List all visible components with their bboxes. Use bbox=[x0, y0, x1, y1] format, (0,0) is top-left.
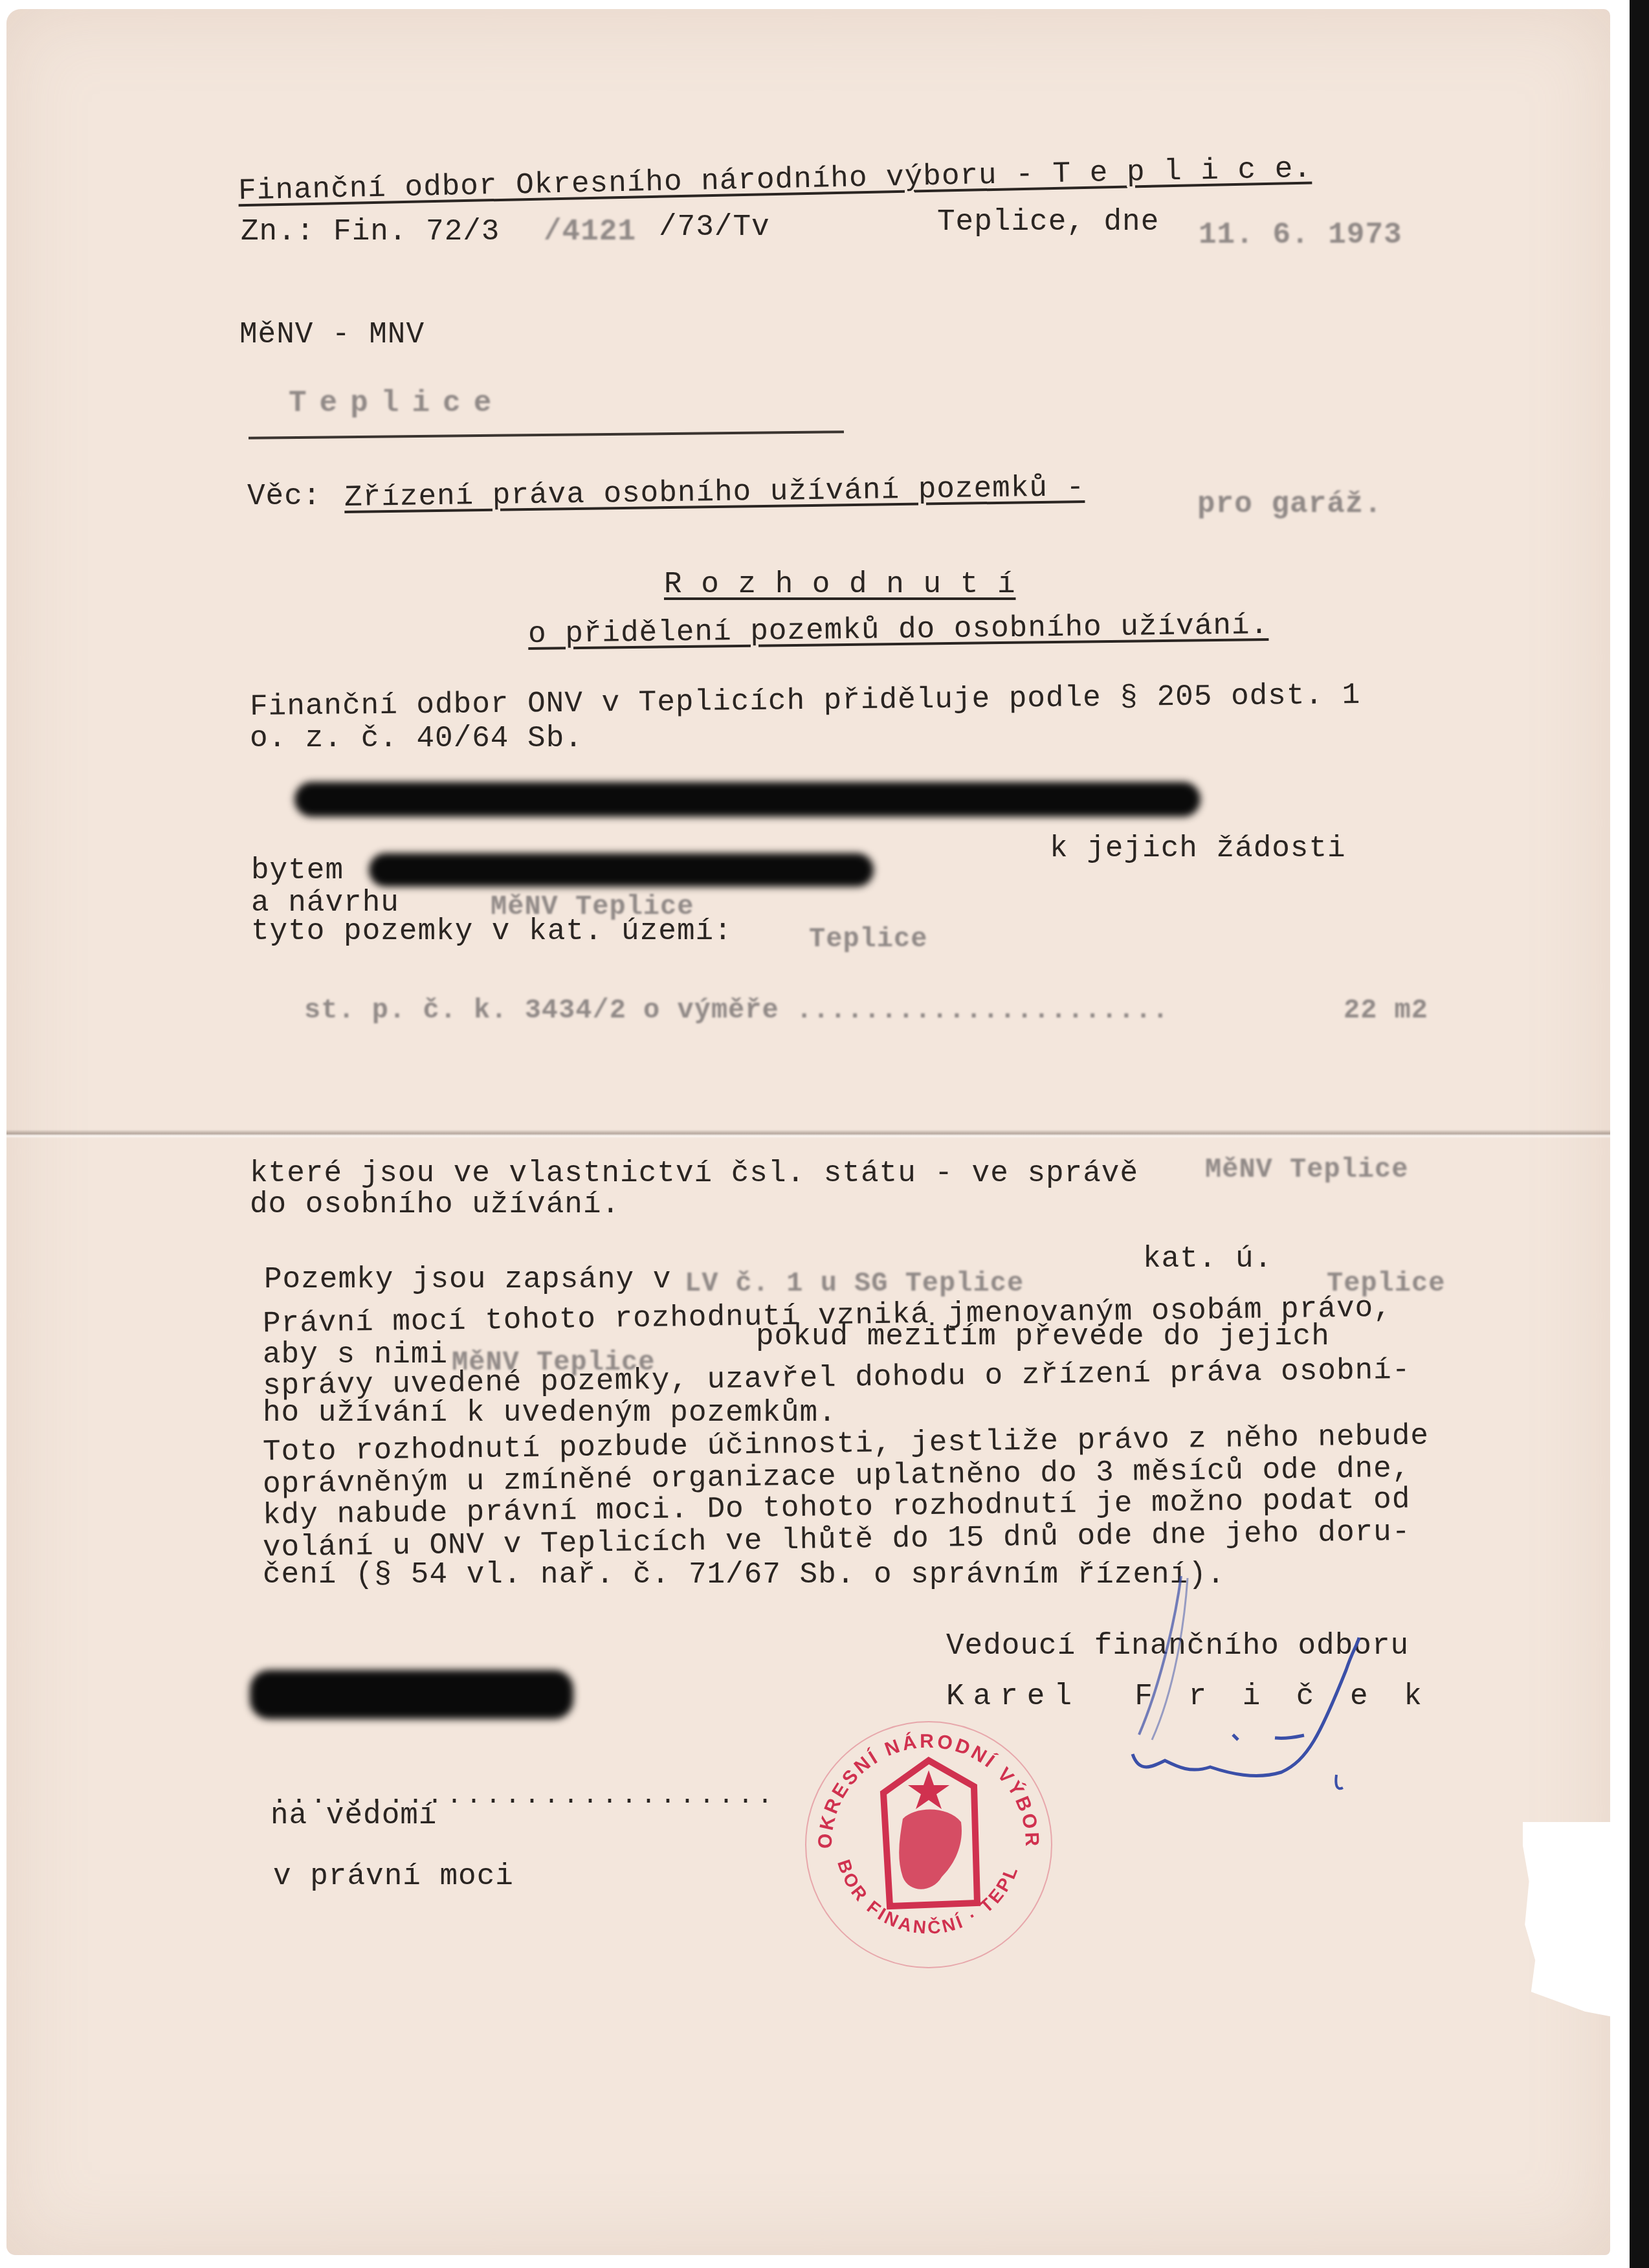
land-label: tyto pozemky v kat. území: bbox=[251, 917, 733, 946]
handwritten-signature bbox=[1113, 1573, 1385, 1793]
subject-filled: pro garáž. bbox=[1197, 489, 1382, 519]
reference-number: /4121 bbox=[544, 217, 636, 247]
decision-subtitle: o přidělení pozemků do osobního užívání. bbox=[528, 610, 1269, 649]
reference-label: Zn.: Fin. 72/3 bbox=[241, 217, 500, 247]
document-date: 11. 6. 1973 bbox=[1199, 220, 1402, 250]
registered-filled: LV č. 1 u SG Teplice bbox=[685, 1270, 1024, 1297]
decision-title: R o z h o d n u t í bbox=[664, 570, 1016, 599]
redacted-address bbox=[369, 853, 874, 887]
ownership-line1: které jsou ve vlastnictví čsl. státu - v… bbox=[250, 1159, 1138, 1188]
subject-label: Věc: bbox=[247, 482, 321, 511]
note-legal-force: v právní moci bbox=[273, 1862, 514, 1891]
parcel-area: 22 m2 bbox=[1344, 997, 1428, 1024]
paper-fold-crease bbox=[6, 1129, 1610, 1139]
parcel-line: st. p. č. k. 3434/2 o výměře ...........… bbox=[304, 997, 1169, 1024]
residence-label: bytem bbox=[251, 856, 344, 885]
paragraph1-line2a: aby s nimi bbox=[263, 1340, 448, 1370]
redacted-names bbox=[294, 782, 1201, 817]
request-text: k jejich žádosti bbox=[1050, 834, 1346, 863]
addressee-line1: MěNV - MNV bbox=[239, 320, 425, 350]
scanner-edge bbox=[1630, 0, 1649, 2268]
cadastre-label: kat. ú. bbox=[1143, 1244, 1272, 1274]
redacted-handwriting bbox=[250, 1670, 573, 1719]
intro-line2: o. z. č. 40/64 Sb. bbox=[250, 724, 583, 753]
note-for-information: na vědomí bbox=[271, 1801, 437, 1830]
ownership-filled: MěNV Teplice bbox=[1205, 1156, 1408, 1183]
official-stamp: OKRESNÍ NÁRODNÍ VÝBOR ODBOR FINANČNÍ · T… bbox=[793, 1709, 1065, 1981]
coat-of-arms-icon bbox=[883, 1761, 977, 1906]
registered-label: Pozemky jsou zapsány v bbox=[264, 1265, 671, 1295]
addressee-line2: Teplice bbox=[289, 388, 504, 418]
reference-suffix: /73/Tv bbox=[659, 212, 770, 242]
ownership-line2: do osobního užívání. bbox=[250, 1190, 620, 1219]
torn-corner bbox=[1523, 1822, 1626, 2019]
paragraph2-line5: čení (§ 54 vl. nař. č. 71/67 Sb. o správ… bbox=[263, 1560, 1225, 1590]
paragraph1-line2b: pokud mezitím převede do jejich bbox=[756, 1322, 1330, 1351]
proposal-label: a návrhu bbox=[251, 888, 399, 918]
place-date-label: Teplice, dne bbox=[937, 207, 1159, 237]
paragraph1-line4: ho užívání k uvedeným pozemkům. bbox=[263, 1398, 837, 1428]
land-filled: Teplice bbox=[809, 926, 927, 953]
